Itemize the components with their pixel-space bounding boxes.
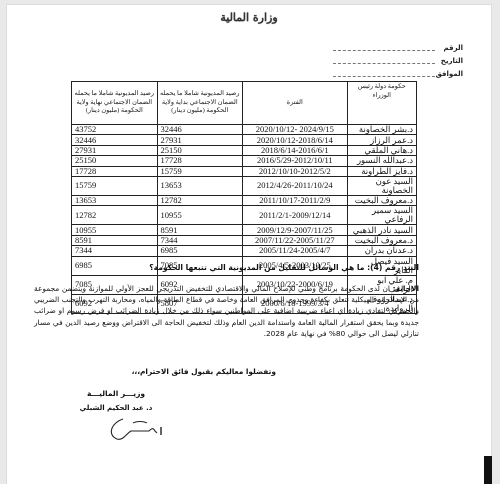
start-debt-cell: 17728 bbox=[157, 156, 242, 166]
period-cell: 2016/5/29-2012/10/11 bbox=[243, 156, 348, 166]
table-row: د.عبدالله النسور2016/5/29-2012/10/111772… bbox=[72, 156, 417, 166]
pm-name-cell: د.عدنان بدران bbox=[347, 246, 416, 256]
start-debt-cell: 13653 bbox=[157, 176, 242, 195]
signatory-block: وزيـــر الماليـــة د. عبد الحكيم الشبلي bbox=[71, 389, 161, 412]
pm-name-cell: السيد سمير الرفاعي bbox=[347, 206, 416, 225]
table-row: السيد نادر الذهبي2009/12/9-2007/11/25859… bbox=[72, 225, 417, 235]
question-label: البند رقم (4): bbox=[367, 263, 419, 272]
question-item: البند رقم (4): ما هي الوسائل للتقليل من … bbox=[39, 263, 419, 272]
answer-label: الاجابة: bbox=[393, 284, 419, 293]
end-debt-cell: 7344 bbox=[72, 246, 158, 256]
start-debt-cell: 25150 bbox=[157, 145, 242, 155]
table-header-row: حكومة دولة رئيس الوزراء الفترة رصيد المد… bbox=[72, 82, 417, 125]
start-debt-cell: 15759 bbox=[157, 166, 242, 176]
pm-name-cell: السيد نادر الذهبي bbox=[347, 225, 416, 235]
start-debt-cell: 7344 bbox=[157, 235, 242, 245]
table-row: د.فايز الطراونة2012/10/10-2012/5/2157591… bbox=[72, 166, 417, 176]
pm-name-cell: د.بشر الخصاونة bbox=[347, 125, 416, 135]
pm-name-cell: د.هاني الملقي bbox=[347, 145, 416, 155]
col-header-government: حكومة دولة رئيس الوزراء bbox=[347, 82, 416, 125]
period-cell: 2009/12/9-2007/11/25 bbox=[243, 225, 348, 235]
period-cell: 2012/4/26-2011/10/24 bbox=[243, 176, 348, 195]
start-debt-cell: 27931 bbox=[157, 135, 242, 145]
period-cell: 2011/2/1-2009/12/14 bbox=[243, 206, 348, 225]
answer-text: ان لدى الحكومة برنامج وطني للإصلاح المال… bbox=[34, 284, 419, 338]
end-debt-cell: 25150 bbox=[72, 156, 158, 166]
table-row: د.عدنان بدران2005/11/24-2005/4/769857344 bbox=[72, 246, 417, 256]
col-header-start-debt: رصيد المديونية شاملا ما يحمله الضمان الا… bbox=[157, 82, 242, 125]
table-row: د.معروف البخيت2011/10/17-2011/2/91278213… bbox=[72, 195, 417, 205]
ref-date-value bbox=[333, 58, 435, 64]
end-debt-cell: 17728 bbox=[72, 166, 158, 176]
end-debt-cell: 13653 bbox=[72, 195, 158, 205]
ref-date-row: التاريخ bbox=[333, 54, 463, 67]
pm-name-cell: د.فايز الطراونة bbox=[347, 166, 416, 176]
pm-name-cell: د.عمر الرزاز bbox=[347, 135, 416, 145]
end-debt-cell: 32446 bbox=[72, 135, 158, 145]
col-header-end-debt: رصيد المديونية شاملا ما يحمله الضمان الا… bbox=[72, 82, 158, 125]
period-cell: 2012/10/10-2012/5/2 bbox=[243, 166, 348, 176]
table-row: د.بشر الخصاونة2024/9/15 -2020/10/1232446… bbox=[72, 125, 417, 135]
end-debt-cell: 15759 bbox=[72, 176, 158, 195]
handwritten-signature-icon bbox=[103, 415, 167, 445]
reference-fields: الرقم التاريخ الموافق bbox=[333, 41, 463, 80]
ref-corresponding-label: الموافق bbox=[439, 70, 463, 78]
ref-date-label: التاريخ bbox=[439, 57, 463, 65]
pm-name-cell: د.معروف البخيت bbox=[347, 195, 416, 205]
signatory-title: وزيـــر الماليـــة bbox=[71, 389, 161, 398]
start-debt-cell: 8591 bbox=[157, 225, 242, 235]
table-row: السيد عون الخصاونة2012/4/26-2011/10/2413… bbox=[72, 176, 417, 195]
period-cell: 2005/11/24-2005/4/7 bbox=[243, 246, 348, 256]
period-cell: 2018/6/14-2016/6/1 bbox=[243, 145, 348, 155]
ref-number-label: الرقم bbox=[439, 44, 463, 52]
table-row: د.معروف البخيت2007/11/22-2005/11/2773448… bbox=[72, 235, 417, 245]
pm-name-cell: د.معروف البخيت bbox=[347, 235, 416, 245]
closing-line: وتفضلوا معاليكم بقبول فائق الاحترام،،، bbox=[132, 367, 276, 376]
scan-edge-mark bbox=[484, 456, 492, 484]
question-text: ما هي الوسائل للتقليل من المديونية التي … bbox=[149, 263, 364, 272]
end-debt-cell: 12782 bbox=[72, 206, 158, 225]
start-debt-cell: 12782 bbox=[157, 195, 242, 205]
ref-corresponding-value bbox=[333, 71, 435, 77]
signatory-name: د. عبد الحكيم الشبلي bbox=[71, 404, 161, 412]
col-header-period: الفترة bbox=[243, 82, 348, 125]
ref-number-row: الرقم bbox=[333, 41, 463, 54]
debt-table: حكومة دولة رئيس الوزراء الفترة رصيد المد… bbox=[71, 81, 417, 314]
ref-corresponding-row: الموافق bbox=[333, 67, 463, 80]
period-cell: 2007/11/22-2005/11/27 bbox=[243, 235, 348, 245]
pm-name-cell: السيد عون الخصاونة bbox=[347, 176, 416, 195]
table-row: د.هاني الملقي2018/6/14-2016/6/1251502793… bbox=[72, 145, 417, 155]
period-cell: 2024/9/15 -2020/10/12 bbox=[243, 125, 348, 135]
ministry-logo: وزارة المالية bbox=[7, 11, 491, 24]
ref-number-value bbox=[333, 45, 435, 51]
end-debt-cell: 8591 bbox=[72, 235, 158, 245]
end-debt-cell: 10955 bbox=[72, 225, 158, 235]
start-debt-cell: 32446 bbox=[157, 125, 242, 135]
pm-name-cell: د.عبدالله النسور bbox=[347, 156, 416, 166]
end-debt-cell: 43752 bbox=[72, 125, 158, 135]
table-row: د.عمر الرزاز2020/10/12-2018/6/1427931324… bbox=[72, 135, 417, 145]
table-row: السيد سمير الرفاعي2011/2/1-2009/12/14109… bbox=[72, 206, 417, 225]
end-debt-cell: 27931 bbox=[72, 145, 158, 155]
start-debt-cell: 6985 bbox=[157, 246, 242, 256]
answer-paragraph: الاجابة: ان لدى الحكومة برنامج وطني للإص… bbox=[34, 283, 419, 339]
period-cell: 2020/10/12-2018/6/14 bbox=[243, 135, 348, 145]
start-debt-cell: 10955 bbox=[157, 206, 242, 225]
document-page: وزارة المالية الرقم التاريخ الموافق حكوم… bbox=[6, 4, 492, 484]
period-cell: 2011/10/17-2011/2/9 bbox=[243, 195, 348, 205]
